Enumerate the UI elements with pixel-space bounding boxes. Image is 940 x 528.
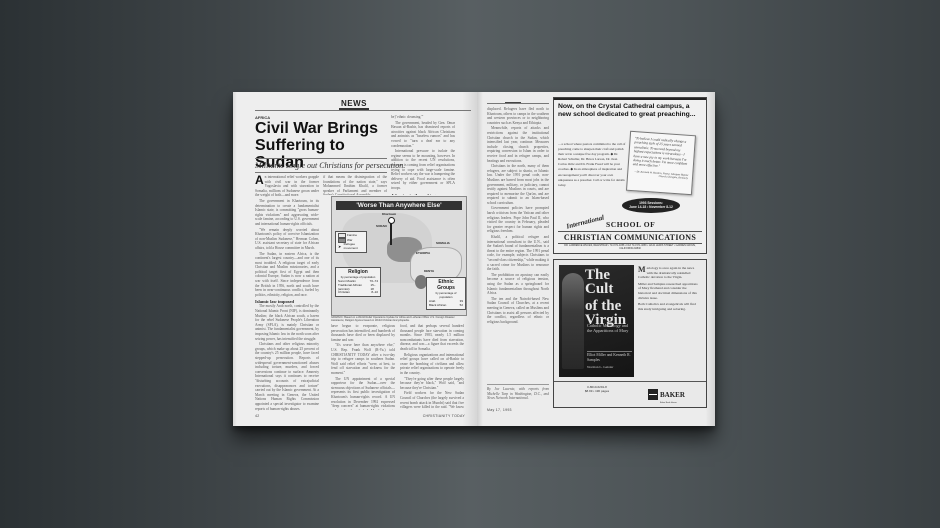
- school-name-line-2: CHRISTIAN COMMUNICATIONS: [558, 231, 702, 244]
- page-number: 42: [255, 414, 260, 418]
- refugee-arrow-icon: ➤: [338, 245, 343, 248]
- magazine-spread: NEWS AFRICA Civil War Brings Suffering t…: [233, 92, 715, 426]
- deck-rule-top: [255, 158, 387, 159]
- column-rule: [487, 103, 549, 104]
- article-continuation-column: displaced. Refugees have fled north to K…: [487, 107, 549, 382]
- map-caption: GRAPHIC: Based on a World Relief Operati…: [331, 316, 465, 322]
- international-script: International: [566, 213, 605, 230]
- school-of-christian-communications-ad: Now, on the Crystal Cathedral campus, a …: [553, 97, 707, 254]
- sessions-badge: 1993 Sessions: June 14-18 • November 8-1…: [622, 198, 680, 213]
- byline: By Joe Lucente, with reports from Michel…: [487, 387, 549, 401]
- school-address: DR. LAWRENCE WILKES, REGISTRAR • 714 971…: [558, 244, 702, 250]
- label-somalia: SOMALIA: [436, 241, 450, 245]
- article-column-3-bottom: food, and that perhaps several hundred t…: [400, 324, 464, 410]
- article-column-2-bottom: have begun to evaporate, religious perse…: [331, 324, 395, 410]
- article-column-1: An international relief workers grapple …: [255, 175, 319, 411]
- label-ethiopia: ETHIOPIA: [416, 251, 430, 255]
- section-label: NEWS: [339, 99, 369, 110]
- book-foreword: Norman L. Geisler: [587, 365, 632, 369]
- ad-top-bar: [554, 98, 706, 100]
- publication-name: CHRISTIANITY TODAY: [423, 414, 465, 418]
- school-name-line-1: SCHOOL OF: [606, 220, 655, 229]
- book-subtitle: Catholic Mariology and the Apparitions o…: [587, 323, 632, 333]
- baker-logo-icon: [648, 389, 658, 400]
- book-ad-footer-rule: [554, 381, 706, 382]
- deck: Militants single out Christians for pers…: [255, 161, 405, 170]
- left-page: NEWS AFRICA Civil War Brings Suffering t…: [233, 92, 477, 426]
- deck-rule-bottom: [255, 172, 387, 173]
- book-isbn-price: 0-8010-6291-8 $8.99 • 196 pages: [572, 385, 622, 393]
- ad-headline: Now, on the Crystal Cathedral campus, a …: [558, 103, 702, 119]
- issue-date: May 17, 1993: [487, 408, 512, 412]
- ethnic-groups-table: Ethnic Groups by percentage of populatio…: [426, 277, 466, 310]
- baker-publisher-logo: BAKER Baker Book House: [648, 384, 685, 404]
- map-legend: Famine War ➤Refugee movement: [335, 231, 367, 253]
- madonna-figure-image: [562, 273, 584, 369]
- subhead: A famine in the making: [391, 193, 455, 196]
- ad-body: ... a school where pastors committed to …: [558, 142, 626, 188]
- byline-rule: [487, 384, 549, 385]
- book-title-line-1: The Cult: [585, 268, 634, 296]
- book-cover: The Cult of the Virgin Catholic Mariolog…: [559, 265, 634, 377]
- religion-table: Religion by percentage of population Sun…: [335, 267, 381, 297]
- label-sudan: SUDAN: [376, 224, 387, 228]
- header-rule: [255, 110, 471, 111]
- label-kenya: KENYA: [424, 269, 434, 273]
- khartoum-marker: [388, 217, 395, 224]
- book-ad-copy: Mariology is once again in the news with…: [638, 266, 700, 313]
- sudan-map-graphic: 'Worse Than Anywhere Else' Khartoum SUDA…: [331, 196, 467, 316]
- right-page: displaced. Refugees have fled north to K…: [477, 92, 715, 426]
- cult-of-the-virgin-book-ad: The Cult of the Virgin Catholic Mariolog…: [553, 259, 707, 408]
- map-title: 'Worse Than Anywhere Else': [336, 201, 462, 210]
- label-khartoum: Khartoum: [382, 212, 396, 216]
- article-column-3-top: be] 'ethnic cleansing.'" The government,…: [391, 115, 455, 195]
- testimonial-card: "To believe I could radically change a p…: [626, 131, 696, 195]
- book-authors: Elliot Miller and Kenneth R. Samples: [587, 351, 632, 362]
- article-column-2-top: if that means the disintegration of the …: [323, 175, 387, 195]
- dropcap: A: [255, 175, 264, 185]
